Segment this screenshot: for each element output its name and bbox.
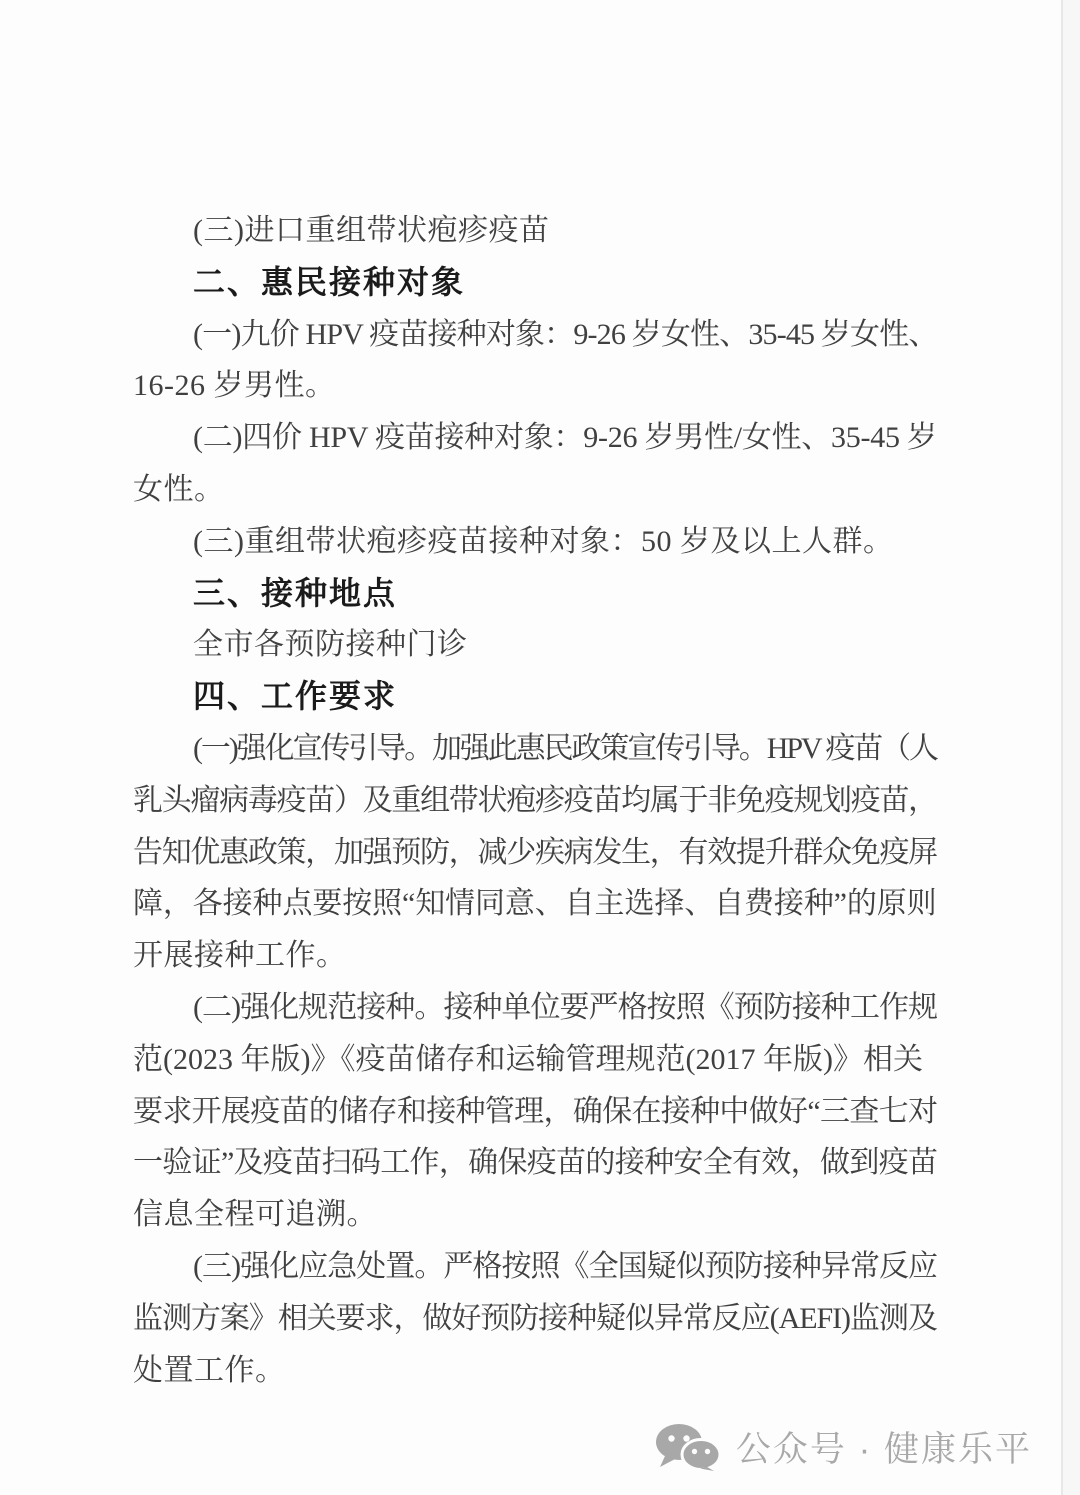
document-line: 告知优惠政策，加强预防，减少疾病发生，有效提升群众免疫屏	[133, 827, 937, 879]
document-line: (二)四价 HPV 疫苗接种对象：9-26 岁男性/女性、35-45 岁	[133, 412, 937, 464]
document-line: 障，各接种点要按照“知情同意、自主选择、自费接种”的原则	[133, 878, 937, 930]
wechat-watermark: 公众号 · 健康乐平	[655, 1422, 1032, 1472]
document-line: 全市各预防接种门诊	[133, 619, 937, 671]
document-line: 范(2023 年版)》《疫苗储存和运输管理规范(2017 年版)》相关	[133, 1034, 937, 1086]
section-heading: 三、接种地点	[133, 568, 937, 620]
document-line: (三)进口重组带状疱疹疫苗	[133, 205, 937, 257]
document-line: (一)强化宣传引导。加强此惠民政策宣传引导。HPV 疫苗（人	[133, 723, 937, 775]
document-line: (二)强化规范接种。接种单位要严格按照《预防接种工作规	[133, 982, 937, 1034]
document-line: 乳头瘤病毒疫苗）及重组带状疱疹疫苗均属于非免疫规划疫苗，	[133, 775, 937, 827]
document-body: (三)进口重组带状疱疹疫苗二、惠民接种对象(一)九价 HPV 疫苗接种对象：9-…	[133, 205, 937, 1396]
document-line: 一验证”及疫苗扫码工作，确保疫苗的接种安全有效，做到疫苗	[133, 1137, 937, 1189]
document-line: 处置工作。	[133, 1345, 937, 1397]
wechat-icon	[655, 1423, 721, 1471]
document-line: 信息全程可追溯。	[133, 1189, 937, 1241]
document-line: 女性。	[133, 464, 937, 516]
scanned-document-page: (三)进口重组带状疱疹疫苗二、惠民接种对象(一)九价 HPV 疫苗接种对象：9-…	[0, 0, 1080, 1495]
document-line: 开展接种工作。	[133, 930, 937, 982]
document-line: 监测方案》相关要求，做好预防接种疑似异常反应(AEFI)监测及	[133, 1293, 937, 1345]
document-line: (三)重组带状疱疹疫苗接种对象：50 岁及以上人群。	[133, 516, 937, 568]
section-heading: 四、工作要求	[133, 671, 937, 723]
section-heading: 二、惠民接种对象	[133, 257, 937, 309]
document-line: 16-26 岁男性。	[133, 360, 937, 412]
document-line: 要求开展疫苗的储存和接种管理，确保在接种中做好“三查七对	[133, 1086, 937, 1138]
scan-page-edge	[1061, 0, 1080, 1495]
document-line: (一)九价 HPV 疫苗接种对象：9-26 岁女性、35-45 岁女性、	[133, 309, 937, 361]
wechat-account-label: 公众号 · 健康乐平	[736, 1422, 1032, 1472]
document-line: (三)强化应急处置。严格按照《全国疑似预防接种异常反应	[133, 1241, 937, 1293]
